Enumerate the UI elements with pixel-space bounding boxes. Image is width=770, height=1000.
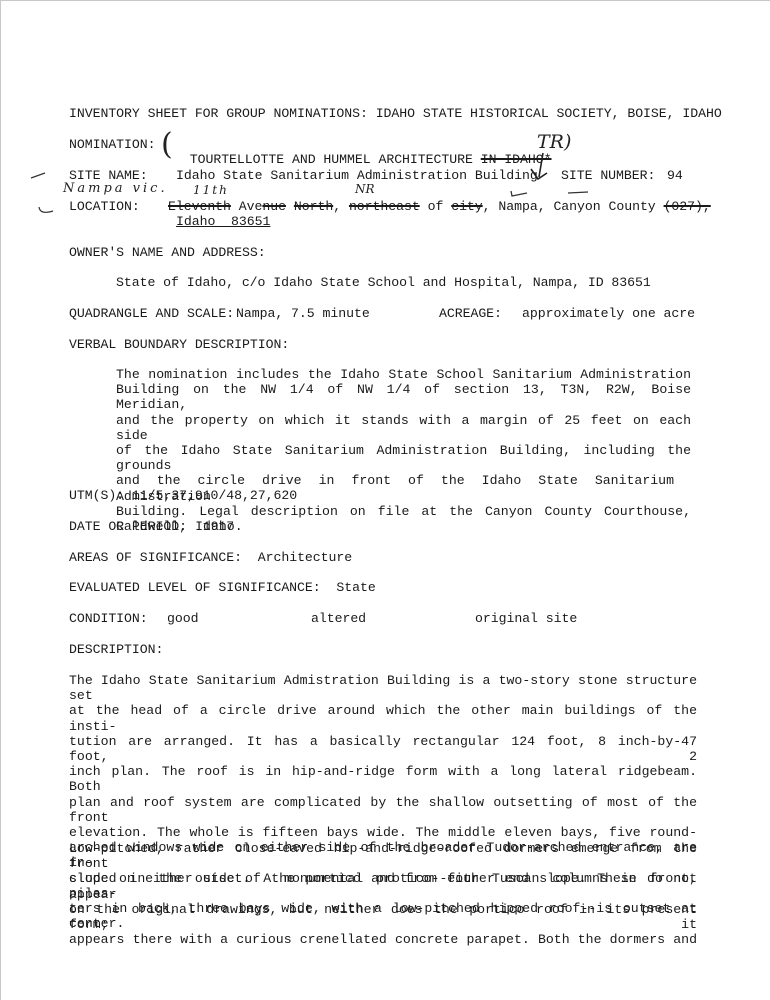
quadrangle-value: Nampa, 7.5 minute	[236, 306, 370, 321]
handwritten-tick-1	[509, 189, 531, 199]
nomination-value: TOURTELLOTTE AND HUMMEL ARCHITECTURE IN …	[174, 137, 552, 167]
nomination-label: NOMINATION:	[69, 137, 156, 152]
handwritten-open-paren: (	[161, 127, 173, 162]
document-title: INVENTORY SHEET FOR GROUP NOMINATIONS: I…	[69, 106, 722, 121]
site-name-value: Idaho State Sanitarium Administration Bu…	[176, 168, 538, 183]
handwritten-tick-2	[566, 189, 592, 197]
struck-county-code: (027),	[664, 199, 711, 214]
checkmark-icon-2	[37, 205, 57, 217]
level-field: EVALUATED LEVEL OF SIGNIFICANCE: State	[69, 580, 376, 595]
handwritten-nampa-vic: Nampa vic.	[63, 181, 168, 196]
of: of	[428, 199, 444, 214]
handwritten-11th: 11th	[193, 183, 229, 197]
areas-field: AREAS OF SIGNIFICANCE: Architecture	[69, 550, 352, 565]
location-line2: Idaho 83651	[176, 214, 270, 229]
struck-nue: nue	[262, 199, 286, 214]
owner-value: State of Idaho, c/o Idaho State School a…	[116, 275, 651, 290]
acreage-label: ACREAGE:	[439, 306, 502, 321]
description-paragraph-2: Low-pitched, rather close-eaved hip-and-…	[69, 841, 697, 947]
handwritten-arrow-icon	[525, 151, 551, 185]
owner-label: OWNER'S NAME AND ADDRESS:	[69, 245, 266, 260]
location-value: Eleventh Avenue North, northeast of city…	[168, 199, 711, 214]
description-label: DESCRIPTION:	[69, 642, 163, 657]
location-rest: , Nampa, Canyon County	[483, 199, 656, 214]
struck-city: city	[451, 199, 482, 214]
boundary-label: VERBAL BOUNDARY DESCRIPTION:	[69, 337, 289, 352]
location-label: LOCATION:	[69, 199, 140, 214]
struck-eleventh: Eleventh	[168, 199, 231, 214]
utm-field: UTM(S): 11/5,37,910/48,27,620	[69, 488, 297, 503]
condition-good: good	[167, 611, 198, 626]
comma: ,	[333, 199, 341, 214]
handwritten-nr: NR	[355, 182, 375, 196]
ave: Ave	[239, 199, 263, 214]
checkmark-icon	[29, 171, 49, 181]
site-number-label: SITE NUMBER:	[561, 168, 655, 183]
condition-altered: altered	[311, 611, 366, 626]
nomination-text: TOURTELLOTTE AND HUMMEL ARCHITECTURE	[190, 152, 473, 167]
condition-label: CONDITION:	[69, 611, 148, 626]
condition-original-site: original site	[475, 611, 577, 626]
handwritten-tr: TR)	[537, 131, 571, 153]
quadrangle-label: QUADRANGLE AND SCALE:	[69, 306, 234, 321]
struck-north: North	[294, 199, 333, 214]
struck-northeast: northeast	[349, 199, 420, 214]
acreage-value: approximately one acre	[522, 306, 695, 321]
boundary-description: The nomination includes the Idaho State …	[116, 367, 691, 534]
date-field: DATE OR PERIOD: 1917	[69, 519, 234, 534]
site-number-value: 94	[667, 168, 683, 183]
